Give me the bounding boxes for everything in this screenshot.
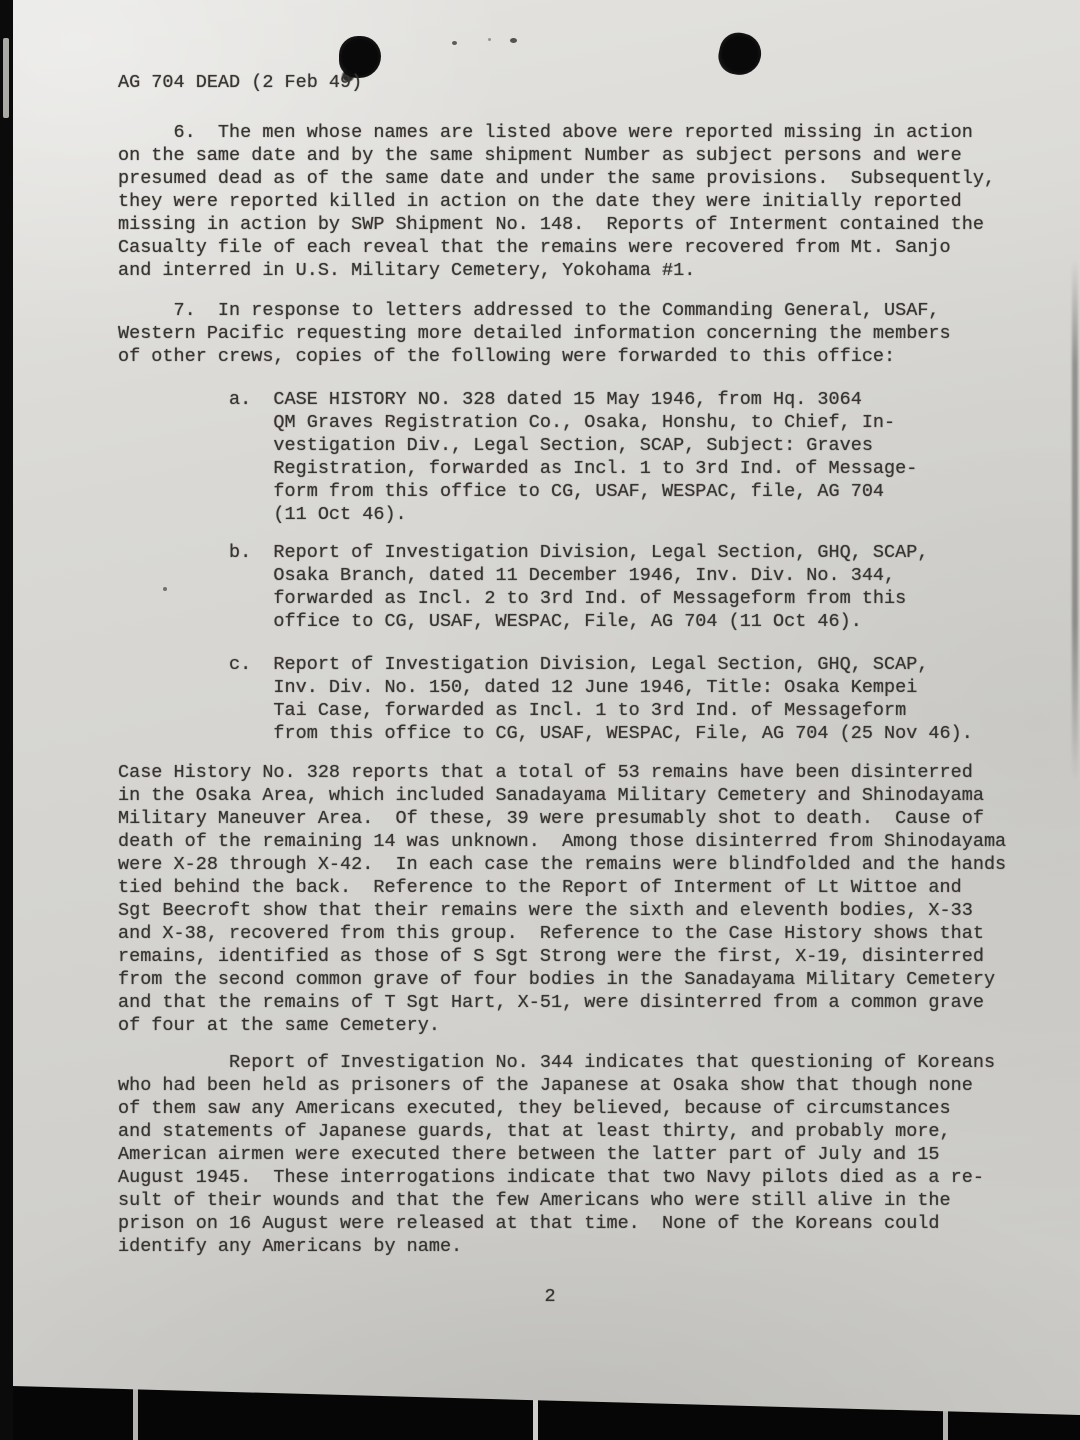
list-item-a: a. CASE HISTORY NO. 328 dated 15 May 194… [118, 388, 1048, 526]
ink-speck [510, 38, 517, 43]
page-edge-shadow [1072, 260, 1078, 780]
ink-speck [452, 41, 457, 45]
page-number: 2 [535, 1285, 565, 1308]
paragraph-investigation: Report of Investigation No. 344 indicate… [118, 1051, 1048, 1258]
paragraph-6: 6. The men whose names are listed above … [118, 121, 1048, 282]
paragraph-case-history: Case History No. 328 reports that a tota… [118, 761, 1048, 1037]
scanned-document-view: AG 704 DEAD (2 Feb 49) 6. The men whose … [0, 0, 1080, 1440]
document-reference-line: AG 704 DEAD (2 Feb 49) [118, 71, 1048, 94]
scanner-edge-strip [0, 0, 13, 1440]
list-item-b: b. Report of Investigation Division, Leg… [118, 541, 1048, 633]
paragraph-7: 7. In response to letters addressed to t… [118, 299, 1048, 368]
strip-highlight [3, 38, 9, 118]
document-page: AG 704 DEAD (2 Feb 49) 6. The men whose … [13, 0, 1080, 1440]
ink-speck [488, 38, 491, 41]
list-item-c: c. Report of Investigation Division, Leg… [118, 653, 1048, 745]
